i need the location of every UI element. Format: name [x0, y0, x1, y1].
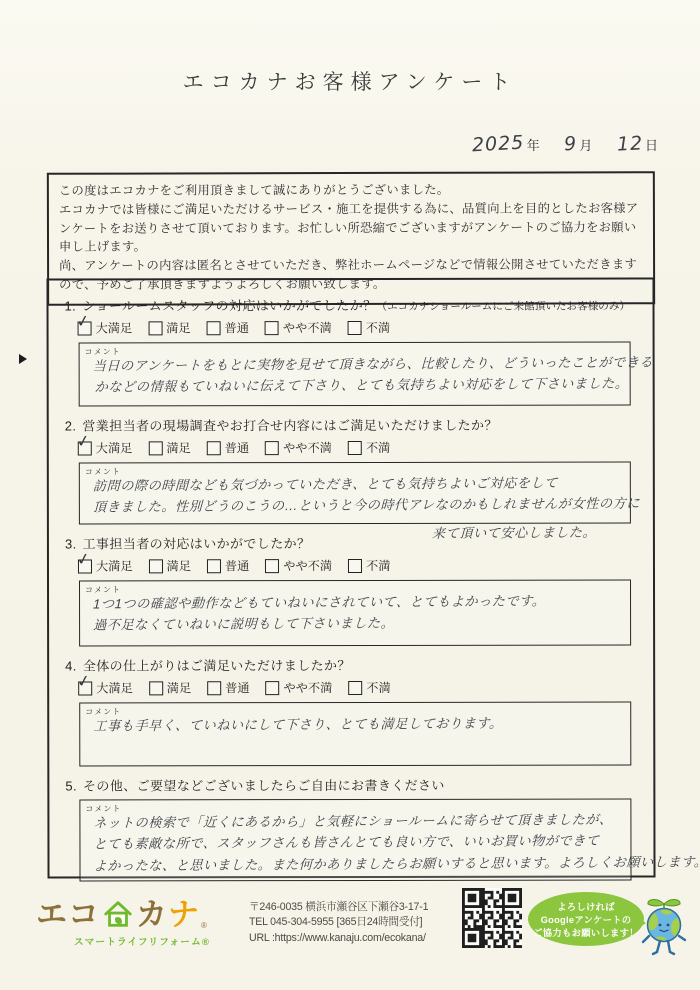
option-label: 満足 — [167, 679, 191, 696]
option-label: やや不満 — [283, 439, 332, 456]
question-4: 4.全体の仕上がりはご満足いただけましたか？ ✓大満足 満足 普通 やや不満 不… — [62, 654, 640, 766]
question-number: 1. — [65, 298, 77, 313]
option-manzoku: 満足 — [148, 439, 190, 456]
option-fuman: 不満 — [348, 319, 390, 336]
comment-box-4: コメント 工事も手早く、ていねいにして下さり、とても満足しております。 — [79, 702, 631, 767]
option-fuman: 不満 — [348, 557, 390, 574]
contact-address: 〒246-0035 横浜市瀬谷区下瀬谷3-17-1 — [249, 900, 428, 915]
logo-text-ka: カ — [136, 899, 168, 930]
checkbox-empty-icon — [265, 321, 279, 335]
option-label: 満足 — [167, 557, 191, 574]
option-daimanzoku: ✓大満足 — [78, 439, 133, 456]
option-label: 不満 — [366, 557, 390, 574]
checkbox-empty-icon — [148, 321, 162, 335]
handwritten-day: 12 — [616, 132, 643, 155]
bubble-line: よろしければ — [528, 901, 644, 914]
checkbox-checked-icon: ✓ — [78, 559, 92, 573]
page-title: エコカナお客様アンケート — [0, 66, 700, 96]
checkbox-empty-icon — [348, 440, 362, 454]
checkbox-empty-icon — [148, 441, 162, 455]
option-label: 大満足 — [96, 439, 133, 456]
handwritten-check-icon: ✓ — [76, 551, 92, 569]
question-2: 2.営業担当者の現場調査やお打合せ内容にはご満足いただけましたか？ ✓大満足 満… — [62, 414, 640, 524]
option-label: 満足 — [166, 439, 190, 456]
option-label: 普通 — [225, 557, 249, 574]
option-manzoku: 満足 — [149, 557, 191, 574]
comment-box-5: コメント ネットの検索で「近くにあるから」と気軽にショールームに寄らせて頂きまし… — [79, 799, 631, 882]
question-3: 3.工事担当者の対応はいかがでしたか？ ✓大満足 満足 普通 やや不満 不満 コ… — [62, 532, 640, 646]
option-label: 不満 — [366, 679, 390, 696]
question-text: 工事担当者の対応はいかがでしたか？ — [83, 536, 311, 551]
checkbox-empty-icon — [207, 681, 221, 695]
year-label: 年 — [527, 138, 540, 153]
handwritten-check-icon: ✓ — [75, 433, 91, 451]
registered-mark: ® — [201, 922, 207, 930]
question-text: その他、ご要望などございましたらご自由にお書きください — [83, 778, 445, 794]
option-daimanzoku: ✓大満足 — [78, 557, 133, 574]
logo-text-eco: エコ — [36, 899, 100, 930]
handwritten-check-icon: ✓ — [76, 673, 92, 691]
google-survey-bubble: よろしければ Googleアンケートの ご協力もお願いします！ — [528, 892, 644, 946]
option-manzoku: 満足 — [148, 319, 190, 336]
question-1-title: 1.ショールームスタッフの対応はいかがでしたか？（エコカナショールームにご来館頂… — [65, 294, 640, 314]
house-icon — [102, 898, 134, 930]
question-2-title: 2.営業担当者の現場調査やお打合せ内容にはご満足いただけましたか？ — [65, 414, 640, 434]
checkbox-empty-icon — [149, 681, 163, 695]
question-4-options: ✓大満足 満足 普通 やや不満 不満 — [78, 678, 640, 696]
option-daimanzoku: ✓大満足 — [78, 679, 133, 696]
ecokana-logo: エコ カ ナ ® スマートライフリフォーム® — [36, 898, 210, 948]
bubble-line: ご協力もお願いします！ — [528, 927, 644, 940]
option-label: やや不満 — [283, 557, 332, 574]
option-label: 不満 — [366, 439, 390, 456]
qr-code — [462, 888, 522, 948]
checkbox-checked-icon: ✓ — [78, 681, 92, 695]
day-label: 日 — [645, 138, 658, 153]
question-5-title: 5.その他、ご要望などございましたらご自由にお書きください — [65, 774, 640, 794]
question-text: 営業担当者の現場調査やお打合せ内容にはご満足いただけましたか？ — [82, 418, 497, 434]
contact-url: URL :https://www.kanaju.com/ecokana/ — [249, 931, 428, 946]
checkbox-empty-icon — [206, 321, 220, 335]
option-yaya-fuman: やや不満 — [265, 319, 332, 336]
question-number: 5. — [65, 778, 77, 793]
question-1-options: ✓大満足 満足 普通 やや不満 不満 — [78, 318, 640, 336]
handwritten-year: 2025 — [472, 132, 525, 157]
checkbox-empty-icon — [265, 681, 279, 695]
option-futsuu: 普通 — [206, 319, 248, 336]
option-label: 大満足 — [96, 319, 133, 336]
question-1: 1.ショールームスタッフの対応はいかがでしたか？（エコカナショールームにご来館頂… — [62, 294, 640, 406]
month-label: 月 — [579, 138, 592, 153]
checkbox-empty-icon — [265, 441, 279, 455]
question-4-title: 4.全体の仕上がりはご満足いただけましたか？ — [65, 654, 640, 674]
question-number: 2. — [65, 418, 77, 433]
option-label: 満足 — [166, 319, 190, 336]
option-futsuu: 普通 — [207, 679, 249, 696]
checkbox-empty-icon — [265, 559, 279, 573]
footer: エコ カ ナ ® スマートライフリフォーム® 〒246-0035 横浜市瀬谷区下… — [0, 884, 700, 990]
contact-tel: TEL 045-304-5955 [365日24時間受付] — [249, 915, 428, 930]
comment-box-1: コメント 当日のアンケートをもとに実物を見せて頂きながら、比較したり、どういった… — [79, 342, 631, 407]
option-daimanzoku: ✓大満足 — [78, 319, 133, 336]
option-yaya-fuman: やや不満 — [265, 439, 332, 456]
questions-box: 1.ショールームスタッフの対応はいかがでしたか？（エコカナショールームにご来館頂… — [46, 277, 655, 878]
contact-info: 〒246-0035 横浜市瀬谷区下瀬谷3-17-1 TEL 045-304-59… — [249, 900, 428, 946]
bubble-line: Googleアンケートの — [528, 914, 644, 927]
handwritten-comment-line: 過不足なくていねいに説明もして下さいました。 — [93, 611, 623, 636]
question-5: 5.その他、ご要望などございましたらご自由にお書きください コメント ネットの検… — [62, 774, 640, 881]
handwritten-comment-line: かなどの情報もていねいに伝えて下さり、とても気持ちよい対応をして下さいました。 — [94, 373, 622, 398]
print-registration-marker — [19, 354, 27, 364]
question-note: （エコカナショールームにご来館頂いたお客様のみ） — [376, 301, 630, 313]
question-3-options: ✓大満足 満足 普通 やや不満 不満 — [78, 556, 640, 574]
option-label: 大満足 — [96, 679, 133, 696]
handwritten-comment-line: よかったな、と思いました。また何かありましたらお願いすると思います。よろしくお願… — [93, 852, 623, 877]
checkbox-empty-icon — [149, 559, 163, 573]
comment-box-2: コメント 訪問の際の時間なども気づかっていただき、とても気持ちよいご対応をして … — [79, 462, 631, 525]
question-text: ショールームスタッフの対応はいかがでしたか？ — [82, 298, 376, 314]
question-number: 3. — [65, 536, 77, 551]
handwritten-comment-line: 工事も手早く、ていねいにして下さり、とても満足しております。 — [93, 712, 623, 737]
option-label: 大満足 — [96, 557, 133, 574]
option-futsuu: 普通 — [207, 439, 249, 456]
handwritten-comment-overflow-line: 来て頂いて安心しました。 — [431, 521, 596, 544]
checkbox-empty-icon — [348, 320, 362, 334]
option-label: 不満 — [366, 319, 390, 336]
handwritten-check-icon: ✓ — [75, 313, 91, 331]
question-text: 全体の仕上がりはご満足いただけましたか？ — [83, 658, 351, 673]
logo-subtitle: スマートライフリフォーム® — [74, 934, 210, 948]
checkbox-checked-icon: ✓ — [78, 321, 92, 335]
question-2-options: ✓大満足 満足 普通 やや不満 不満 — [78, 438, 640, 456]
logo-text-na: ナ — [168, 899, 200, 930]
option-yaya-fuman: やや不満 — [265, 679, 332, 696]
survey-page: エコカナお客様アンケート 2025年 9月 12日 この度はエコカナをご利用頂き… — [0, 0, 700, 990]
qr-pattern — [462, 888, 522, 948]
handwritten-comment-line: 頂きました。性別どうのこうの…というと今の時代アレなのかもしれませんが女性の方に — [93, 493, 623, 518]
option-label: やや不満 — [283, 679, 332, 696]
question-number: 4. — [65, 658, 77, 673]
comment-box-3: コメント 1つ1つの確認や動作などもていねいにされていて、とてもよかったです。 … — [79, 580, 631, 647]
option-manzoku: 満足 — [149, 679, 191, 696]
checkbox-empty-icon — [348, 558, 362, 572]
checkbox-empty-icon — [207, 441, 221, 455]
checkbox-empty-icon — [207, 559, 221, 573]
option-yaya-fuman: やや不満 — [265, 557, 332, 574]
date-line: 2025年 9月 12日 — [472, 133, 662, 155]
earth-mascot-icon — [636, 894, 692, 960]
option-label: やや不満 — [283, 319, 332, 336]
option-fuman: 不満 — [348, 439, 390, 456]
option-label: 普通 — [225, 679, 249, 696]
option-futsuu: 普通 — [207, 557, 249, 574]
option-label: 普通 — [224, 319, 248, 336]
option-label: 普通 — [225, 439, 249, 456]
handwritten-month: 9 — [564, 133, 578, 156]
option-fuman: 不満 — [348, 679, 390, 696]
checkbox-empty-icon — [348, 680, 362, 694]
checkbox-checked-icon: ✓ — [78, 441, 92, 455]
